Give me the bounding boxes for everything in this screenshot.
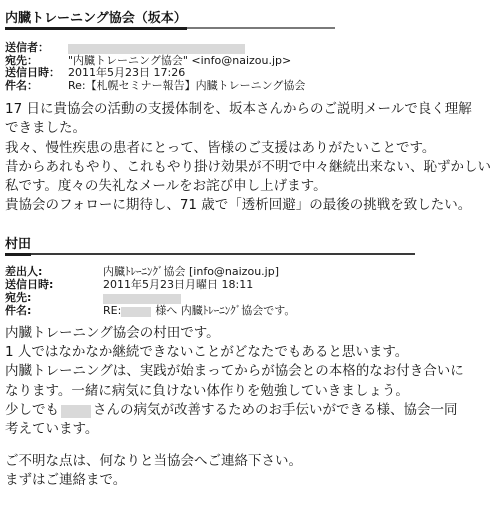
header-label: 差出人:: [5, 265, 103, 278]
header-label: 件名：: [5, 80, 68, 93]
email-1: 内臓トレーニング協会（坂本） 送信者：宛先："内臓トレーニング協会" <info…: [5, 12, 482, 216]
body-line: 1 人ではなかなか継続できないことがどなたでもあると思います。: [5, 343, 482, 362]
body-line: なります。一緒に病気に負けない体作りを勉強していきましょう。: [5, 382, 482, 401]
header-row: 差出人:内臓ﾄﾚｰﾆﾝｸﾞ協会 [info@naizou.jp]: [5, 265, 482, 278]
text-segment: 内臓ﾄﾚｰﾆﾝｸﾞ協会 [info@naizou.jp]: [103, 265, 279, 278]
header-value: 内臓ﾄﾚｰﾆﾝｸﾞ協会 [info@naizou.jp]: [103, 265, 279, 278]
body-line: 内臓トレーニングは、実践が始まってからが協会との本格的なお付き合いに: [5, 362, 482, 381]
body-line: 少しでもさんの病気が改善するためのお手伝いができる様、協会一同: [5, 401, 482, 420]
text-segment: 貴協会のフォローに期待し、71 歳で「透析回避」の最後の挑戦を致したい。: [5, 197, 471, 213]
text-segment: 2011年5月23日月曜日 18:11: [103, 278, 253, 291]
header-label: 宛先:: [5, 291, 103, 304]
body-line: ご不明な点は、何なりと当協会へご連絡下さい。: [5, 452, 482, 471]
text-segment: 私です。度々の失礼なメールをお詫び申し上げます。: [5, 178, 327, 194]
email1-heading-row: 内臓トレーニング協会（坂本）: [5, 12, 335, 30]
text-segment: 考えています。: [5, 421, 98, 437]
body-line: 貴協会のフォローに期待し、71 歳で「透析回避」の最後の挑戦を致したい。: [5, 196, 482, 215]
redacted-text: [61, 405, 91, 418]
email2-heading-row: 村田: [5, 238, 415, 256]
email1-header-fields: 送信者：宛先："内臓トレーニング協会" <info@naizou.jp>送信日時…: [5, 42, 482, 92]
text-segment: 内臓トレーニングは、実践が始まってからが協会との本格的なお付き合いに: [5, 363, 464, 379]
text-segment: 1 人ではなかなか継続できないことがどなたでもあると思います。: [5, 344, 408, 360]
redacted-text: [121, 307, 151, 317]
header-label: 送信者：: [5, 42, 68, 55]
text-segment: 少しでも: [5, 402, 59, 418]
body-line: 我々、慢性疾患の患者にとって、皆様のご支援はありがたいことです。: [5, 139, 482, 158]
email-2: 村田 差出人:内臓ﾄﾚｰﾆﾝｸﾞ協会 [info@naizou.jp]送信日時:…: [5, 238, 482, 440]
redacted-text: [68, 44, 245, 54]
header-value: Re:【札幌セミナー報告】内臓トレーニング協会: [68, 80, 305, 93]
text-segment: さんの病気が改善するためのお手伝いができる様、協会一同: [93, 402, 458, 418]
body-line: 17 日に貴協会の活動の支援体制を、坂本さんからのご説明メールで良く理解: [5, 100, 482, 119]
body-line: まずはご連絡まで。: [5, 471, 482, 490]
closing-lines: ご不明な点は、何なりと当協会へご連絡下さい。まずはご連絡まで。: [5, 452, 482, 491]
header-value: [103, 291, 185, 304]
body-line: 私です。度々の失礼なメールをお詫び申し上げます。: [5, 177, 482, 196]
header-label: 送信日時：: [5, 67, 68, 80]
body-line: できました。: [5, 119, 482, 138]
text-segment: ご不明な点は、何なりと当協会へご連絡下さい。: [5, 453, 302, 469]
email2-heading-rule: [31, 253, 415, 255]
header-value: RE:様へ 内臓ﾄﾚｰﾆﾝｸﾞ協会です。: [103, 304, 295, 317]
scanned-email-page: 内臓トレーニング協会（坂本） 送信者：宛先："内臓トレーニング協会" <info…: [0, 0, 490, 490]
text-segment: 内臓トレーニング協会の村田です。: [5, 325, 220, 341]
header-value: 2011年5月23日月曜日 18:11: [103, 278, 253, 291]
header-label: 送信日時:: [5, 278, 103, 291]
email2-heading: 村田: [5, 238, 31, 256]
email1-body: 17 日に貴協会の活動の支援体制を、坂本さんからのご説明メールで良く理解できまし…: [5, 100, 482, 216]
email1-heading: 内臓トレーニング協会（坂本）: [5, 12, 187, 30]
text-segment: 昔からあれもやり、これもやり掛け効果が不明で中々継続出来ない、恥ずかしい: [5, 159, 490, 175]
text-segment: できました。: [5, 120, 86, 136]
redacted-text: [103, 294, 181, 304]
email1-heading-rule: [187, 27, 335, 29]
email2-header-fields: 差出人:内臓ﾄﾚｰﾆﾝｸﾞ協会 [info@naizou.jp]送信日時:201…: [5, 265, 482, 317]
body-line: 昔からあれもやり、これもやり掛け効果が不明で中々継続出来ない、恥ずかしい: [5, 158, 482, 177]
body-line: 考えています。: [5, 420, 482, 439]
text-segment: 17 日に貴協会の活動の支援体制を、坂本さんからのご説明メールで良く理解: [5, 101, 472, 117]
text-segment: なります。一緒に病気に負けない体作りを勉強していきましょう。: [5, 383, 409, 399]
text-segment: RE:: [103, 304, 121, 317]
header-row: 件名：Re:【札幌セミナー報告】内臓トレーニング協会: [5, 80, 482, 93]
text-segment: "内臓トレーニング協会" <info@naizou.jp>: [68, 54, 291, 67]
body-line: 内臓トレーニング協会の村田です。: [5, 324, 482, 343]
text-segment: 様へ 内臓ﾄﾚｰﾆﾝｸﾞ協会です。: [155, 304, 295, 317]
text-segment: 2011年5月23日 17:26: [68, 66, 185, 79]
text-segment: Re:【札幌セミナー報告】内臓トレーニング協会: [68, 79, 305, 92]
header-row: 送信日時:2011年5月23日月曜日 18:11: [5, 278, 482, 291]
text-segment: まずはご連絡まで。: [5, 472, 126, 488]
header-row: 宛先:: [5, 291, 482, 304]
header-row: 件名:RE:様へ 内臓ﾄﾚｰﾆﾝｸﾞ協会です。: [5, 304, 482, 317]
email2-body: 内臓トレーニング協会の村田です。1 人ではなかなか継続できないことがどなたでもあ…: [5, 324, 482, 440]
header-label: 件名:: [5, 304, 103, 317]
text-segment: 我々、慢性疾患の患者にとって、皆様のご支援はありがたいことです。: [5, 140, 435, 156]
